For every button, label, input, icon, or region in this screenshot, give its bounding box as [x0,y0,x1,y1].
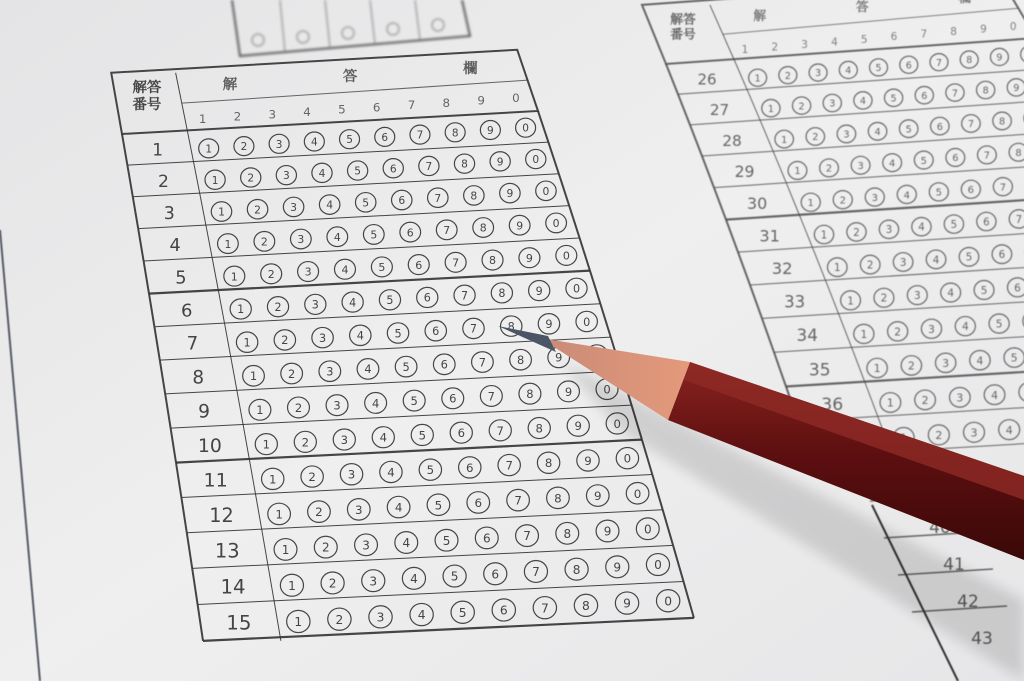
svg-text:2: 2 [308,470,315,484]
svg-text:2: 2 [826,164,832,175]
column-number: 3 [268,107,276,121]
svg-text:9: 9 [497,155,504,168]
svg-text:7: 7 [461,289,468,302]
column-number: 8 [443,96,451,110]
column-number: 4 [831,36,838,48]
svg-text:5: 5 [435,498,443,512]
svg-text:0: 0 [563,250,570,263]
svg-text:6: 6 [390,162,397,175]
svg-text:6: 6 [999,249,1006,261]
svg-text:4: 4 [372,396,379,410]
header-title-char: 欄 [462,59,478,77]
svg-text:5: 5 [981,285,988,297]
svg-text:7: 7 [532,565,540,579]
svg-text:3: 3 [928,324,935,336]
svg-text:6: 6 [432,325,439,338]
svg-text:0: 0 [644,522,652,536]
svg-text:5: 5 [1011,352,1018,365]
svg-text:0: 0 [624,452,631,466]
svg-text:3: 3 [872,193,878,204]
svg-text:5: 5 [427,463,434,477]
column-number: 1 [742,44,749,56]
svg-text:0: 0 [573,283,580,296]
svg-text:6: 6 [491,567,499,581]
svg-text:6: 6 [906,60,912,71]
row-number: 26 [697,70,716,88]
row-number: 29 [735,162,755,181]
svg-text:7: 7 [470,323,477,336]
number-header: 番号 [670,27,696,43]
svg-text:1: 1 [224,238,231,251]
svg-text:1: 1 [834,262,841,274]
row-number: 2 [158,172,169,192]
svg-text:9: 9 [604,525,612,539]
column-number: 6 [373,100,381,114]
svg-text:3: 3 [829,99,835,110]
svg-text:9: 9 [506,187,513,200]
svg-text:5: 5 [362,196,369,209]
svg-text:4: 4 [395,501,403,515]
svg-text:9: 9 [575,419,582,433]
svg-text:7: 7 [1016,215,1022,226]
svg-text:7: 7 [479,355,486,369]
svg-text:1: 1 [847,295,854,307]
svg-text:6: 6 [441,358,448,372]
svg-text:6: 6 [398,194,405,207]
svg-text:6: 6 [937,122,943,133]
column-number: 5 [338,103,346,117]
svg-text:7: 7 [505,459,512,473]
svg-text:9: 9 [613,560,621,574]
svg-text:7: 7 [541,601,549,615]
svg-text:2: 2 [288,367,295,381]
svg-text:2: 2 [295,401,302,415]
svg-text:2: 2 [935,429,942,442]
svg-text:8: 8 [545,456,552,470]
svg-text:6: 6 [407,226,414,239]
column-number: 4 [303,105,311,119]
svg-text:2: 2 [302,435,309,449]
row-number: 35 [809,360,831,380]
column-number: 6 [891,31,898,43]
row-number: 13 [215,539,240,562]
svg-text:5: 5 [951,220,957,231]
svg-text:3: 3 [362,538,370,552]
row-number: 7 [187,334,199,355]
svg-text:4: 4 [349,296,356,309]
svg-text:8: 8 [452,127,459,139]
svg-text:4: 4 [860,96,866,107]
svg-text:8: 8 [966,55,972,66]
svg-text:9: 9 [487,125,494,137]
svg-text:2: 2 [329,577,337,591]
row-number: 32 [772,259,793,278]
svg-text:2: 2 [241,141,248,153]
header-title-char: 解 [753,8,766,24]
svg-text:7: 7 [434,192,441,205]
svg-text:4: 4 [977,354,984,367]
number-header: 解答 [670,12,696,28]
svg-text:5: 5 [411,394,418,408]
svg-text:2: 2 [261,235,268,248]
svg-text:3: 3 [319,332,326,345]
answer-sheet-photo: 解答欄解答番号123456789011234567890212345678903… [0,0,1024,681]
svg-text:3: 3 [914,290,921,302]
svg-text:4: 4 [933,254,940,266]
svg-text:5: 5 [451,570,459,584]
column-number: 3 [801,39,808,51]
svg-text:3: 3 [886,225,892,236]
svg-text:2: 2 [322,541,330,555]
svg-text:8: 8 [983,86,989,97]
svg-text:8: 8 [554,491,562,505]
svg-text:9: 9 [526,252,533,265]
svg-text:5: 5 [891,93,897,104]
svg-text:4: 4 [845,66,851,77]
svg-text:4: 4 [334,231,341,244]
svg-text:0: 0 [664,594,672,608]
svg-text:2: 2 [881,293,888,305]
svg-text:8: 8 [517,353,524,367]
svg-text:3: 3 [341,433,348,447]
svg-text:7: 7 [426,160,433,173]
number-header: 解答 [132,78,161,96]
svg-text:3: 3 [815,68,821,79]
svg-text:4: 4 [904,190,910,201]
row-number: 14 [221,575,246,598]
svg-text:4: 4 [319,167,326,180]
header-title-char: 答 [343,67,358,85]
svg-text:4: 4 [311,136,318,148]
svg-text:5: 5 [394,327,401,340]
svg-text:1: 1 [874,362,881,375]
row-number: 5 [175,268,186,289]
svg-text:5: 5 [443,534,451,548]
svg-text:6: 6 [381,132,388,144]
svg-text:4: 4 [418,608,426,622]
svg-text:2: 2 [247,172,254,185]
svg-text:1: 1 [794,166,800,177]
row-number: 8 [192,367,204,388]
svg-text:5: 5 [906,124,912,135]
svg-text:3: 3 [297,233,304,246]
svg-text:3: 3 [355,503,363,517]
column-number: 0 [1010,21,1017,33]
svg-text:4: 4 [991,389,998,402]
svg-text:7: 7 [452,257,459,270]
svg-text:6: 6 [983,217,989,228]
svg-text:1: 1 [275,507,283,521]
row-number: 11 [204,470,228,492]
svg-text:3: 3 [305,266,312,279]
svg-text:3: 3 [971,426,978,439]
svg-text:5: 5 [936,188,942,199]
svg-text:8: 8 [498,287,505,300]
svg-text:1: 1 [755,73,761,84]
svg-text:5: 5 [459,606,467,620]
svg-text:2: 2 [840,195,846,206]
svg-text:4: 4 [1006,424,1013,437]
svg-text:3: 3 [857,161,863,172]
svg-text:5: 5 [996,319,1003,331]
svg-text:8: 8 [489,254,496,267]
svg-text:5: 5 [386,294,393,307]
svg-text:4: 4 [874,127,880,138]
svg-text:0: 0 [654,558,662,572]
svg-text:4: 4 [357,330,364,343]
svg-text:2: 2 [785,71,791,82]
svg-text:7: 7 [514,494,522,508]
svg-text:5: 5 [402,360,409,374]
svg-text:3: 3 [312,299,319,312]
svg-text:6: 6 [449,392,456,406]
svg-text:6: 6 [968,185,974,196]
svg-text:9: 9 [623,597,631,611]
svg-text:5: 5 [370,229,377,242]
svg-text:2: 2 [853,228,859,239]
column-number: 8 [950,26,957,38]
svg-text:5: 5 [346,134,353,146]
svg-text:3: 3 [900,257,907,269]
svg-text:4: 4 [341,263,348,276]
svg-text:9: 9 [516,219,523,232]
svg-text:5: 5 [378,261,385,274]
header-title-char: 答 [856,0,869,15]
column-number: 7 [408,98,416,112]
svg-text:1: 1 [821,230,827,241]
svg-text:4: 4 [387,465,394,479]
column-number: 9 [980,23,987,35]
svg-text:9: 9 [555,351,562,365]
svg-text:4: 4 [326,199,333,212]
svg-text:6: 6 [424,292,431,305]
svg-text:7: 7 [968,119,974,130]
svg-text:4: 4 [947,288,954,300]
svg-text:4: 4 [364,362,371,376]
row-number: 10 [198,436,222,457]
svg-text:0: 0 [532,153,539,166]
svg-text:2: 2 [274,301,281,314]
column-number: 1 [199,112,207,126]
row-number: 28 [722,132,742,150]
svg-text:1: 1 [205,143,212,155]
svg-text:2: 2 [281,334,288,347]
svg-text:9: 9 [565,385,572,399]
row-number: 3 [164,204,175,224]
svg-text:1: 1 [768,104,774,115]
svg-text:8: 8 [461,158,468,171]
svg-text:9: 9 [996,53,1002,64]
svg-text:9: 9 [594,489,602,503]
svg-text:5: 5 [876,63,882,74]
column-number: 5 [861,34,868,46]
row-number: 6 [181,300,192,321]
svg-text:3: 3 [942,357,949,370]
svg-text:0: 0 [634,487,642,501]
svg-text:3: 3 [290,201,297,214]
svg-text:9: 9 [584,454,591,468]
svg-text:2: 2 [922,394,929,407]
row-number: 30 [747,194,767,213]
number-header: 番号 [132,95,161,113]
svg-text:1: 1 [269,472,276,486]
row-number: 34 [797,325,818,345]
svg-text:6: 6 [921,91,927,102]
row-number: 4 [169,236,180,256]
svg-text:9: 9 [545,318,552,331]
svg-text:8: 8 [563,527,571,541]
svg-text:5: 5 [966,252,973,264]
svg-text:3: 3 [348,468,355,482]
svg-text:8: 8 [526,387,533,401]
svg-text:7: 7 [952,88,958,99]
svg-text:1: 1 [244,336,251,349]
svg-text:3: 3 [326,365,333,379]
svg-text:4: 4 [410,572,418,586]
svg-text:1: 1 [237,303,244,316]
row-number: 1 [152,140,163,160]
svg-text:7: 7 [497,424,504,438]
svg-text:8: 8 [573,563,581,577]
row-number: 9 [198,401,210,422]
svg-text:4: 4 [380,431,387,445]
header-title-char: 解 [223,75,238,93]
svg-text:6: 6 [466,461,473,475]
svg-text:5: 5 [419,428,426,442]
svg-text:2: 2 [867,260,874,272]
svg-text:7: 7 [488,389,495,403]
svg-text:1: 1 [781,135,787,146]
column-number: 7 [920,29,927,41]
column-number: 0 [512,91,520,105]
svg-text:6: 6 [483,531,491,545]
svg-text:5: 5 [921,156,927,167]
svg-text:1: 1 [263,438,270,452]
svg-text:0: 0 [522,123,529,135]
row-number: 31 [759,226,780,245]
svg-text:6: 6 [952,153,958,164]
svg-text:3: 3 [956,391,963,404]
svg-text:1: 1 [860,329,867,341]
svg-text:1: 1 [231,270,238,283]
svg-text:2: 2 [799,101,805,112]
svg-text:4: 4 [962,321,969,333]
svg-text:3: 3 [377,611,385,625]
svg-text:1: 1 [212,174,219,187]
svg-text:2: 2 [908,359,915,372]
svg-text:3: 3 [283,169,290,182]
svg-text:7: 7 [523,529,531,543]
svg-text:6: 6 [458,426,465,440]
svg-text:7: 7 [443,224,450,237]
header-title-char: 欄 [957,0,971,6]
svg-text:8: 8 [480,222,487,235]
svg-text:1: 1 [218,206,225,219]
svg-text:0: 0 [543,185,550,198]
svg-text:6: 6 [1014,282,1021,294]
svg-text:8: 8 [582,599,590,613]
svg-text:1: 1 [294,615,302,629]
svg-text:0: 0 [583,316,590,329]
svg-text:8: 8 [999,117,1005,128]
svg-text:2: 2 [894,326,901,338]
svg-text:3: 3 [333,399,340,413]
svg-text:7: 7 [984,151,990,162]
svg-text:1: 1 [256,403,263,417]
svg-text:6: 6 [415,259,422,272]
row-number: 12 [209,504,233,527]
svg-text:4: 4 [889,158,895,169]
svg-text:4: 4 [918,223,924,234]
svg-text:5: 5 [354,165,361,178]
row-number: 15 [226,612,251,635]
column-number: 2 [234,110,242,124]
svg-text:3: 3 [369,574,377,588]
svg-text:1: 1 [250,369,257,383]
svg-text:6: 6 [500,604,508,618]
column-number: 2 [771,42,778,54]
svg-text:8: 8 [1015,148,1021,159]
svg-text:6: 6 [474,496,482,510]
svg-text:4: 4 [402,536,410,550]
svg-text:7: 7 [936,58,942,69]
svg-text:9: 9 [1013,83,1019,94]
svg-text:0: 0 [553,217,560,230]
svg-text:7: 7 [417,130,424,142]
svg-text:2: 2 [254,203,261,216]
svg-text:1: 1 [288,579,296,593]
column-number: 9 [477,94,485,108]
svg-text:8: 8 [536,421,543,435]
svg-text:3: 3 [843,130,849,141]
svg-text:2: 2 [812,132,818,143]
row-number: 33 [784,292,805,311]
svg-text:7: 7 [1000,182,1006,193]
svg-text:9: 9 [536,285,543,298]
svg-text:2: 2 [336,613,344,627]
row-number: 27 [710,101,729,119]
svg-text:2: 2 [268,268,275,281]
svg-text:8: 8 [470,190,477,203]
svg-text:1: 1 [887,397,894,410]
svg-text:2: 2 [315,505,323,519]
svg-text:1: 1 [808,198,814,209]
svg-text:1: 1 [282,543,290,557]
svg-text:3: 3 [276,139,283,151]
